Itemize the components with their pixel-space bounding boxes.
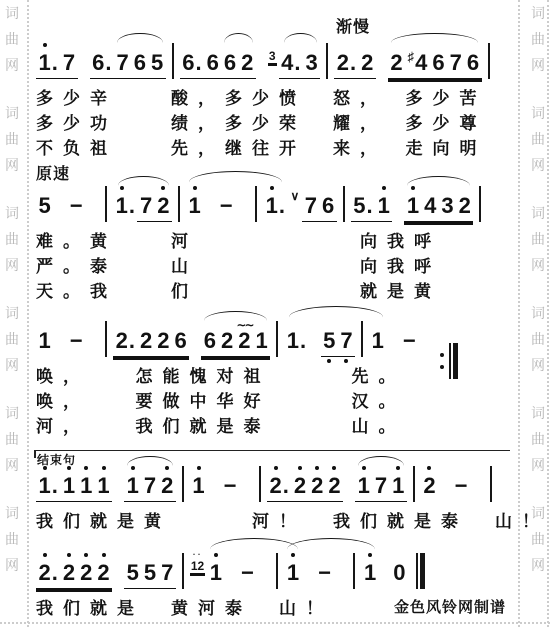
slur-arc	[287, 538, 374, 552]
duration-dash: −	[316, 561, 334, 585]
music-system: 2.222557˙˙121−1−10我们就是 黄河泰 山！金色风铃网制谱	[36, 540, 506, 621]
watermark-char: 网	[5, 454, 19, 480]
watermark-char: 词	[5, 502, 19, 528]
note-digit: −	[318, 561, 331, 585]
octave-dot-up	[84, 466, 88, 470]
note-token: 2	[60, 561, 77, 589]
lyrics-line: 河， 我们就是泰 山。	[36, 414, 506, 439]
note-digit: 5	[323, 329, 335, 353]
augmentation-dot: .	[279, 193, 285, 218]
barline	[105, 321, 107, 357]
grace-note: ˙˙12	[190, 555, 205, 574]
note-token: 1	[390, 474, 407, 502]
augmentation-dot: .	[294, 50, 300, 75]
note-digit: 7	[144, 474, 156, 498]
watermark-char: 曲	[531, 28, 545, 54]
augmentation-dot: .	[52, 50, 58, 75]
octave-dot-up	[102, 466, 106, 470]
note-digit: 6	[432, 51, 444, 75]
octave-dot-up	[67, 553, 71, 557]
watermark-char: 网	[531, 554, 545, 580]
octave-dot-up	[332, 466, 336, 470]
duration-dash: −	[238, 561, 256, 585]
note-digit: 2	[311, 474, 323, 498]
slur-arc	[407, 176, 469, 188]
note-token: 2∼∼	[236, 329, 253, 357]
note-token: 1.	[263, 194, 287, 218]
note-token: 2	[421, 474, 438, 498]
duration-dash: −	[67, 194, 85, 218]
note-token: 1	[60, 474, 77, 502]
note-token: 7	[60, 51, 77, 79]
octave-dot-down	[344, 359, 348, 363]
note-token: 1	[361, 561, 378, 585]
note-digit: 6	[467, 51, 479, 75]
note-token: 1.	[113, 194, 137, 218]
watermark-char: 网	[531, 54, 545, 80]
note-token: 1.	[36, 474, 60, 502]
barline	[361, 321, 363, 357]
octave-dot-up	[427, 466, 431, 470]
note-digit: 2	[390, 51, 402, 75]
slur-arc	[289, 306, 383, 320]
note-token: 7	[159, 561, 176, 589]
note-digit: 1	[116, 194, 128, 218]
watermark-char: 词	[5, 102, 19, 128]
slur-arc	[284, 33, 317, 45]
lyrics-line: 我们就是黄 河！ 我们就是泰 山！	[36, 509, 506, 534]
octave-dot-up	[43, 466, 47, 470]
repeat-dots	[440, 353, 444, 369]
music-system: 原速5−1.721−1.∨765.11432难。黄 河 向我呼严。泰 山 向我呼…	[36, 173, 506, 304]
lyrics-text: 唤， 要做中华好 汉。	[36, 389, 406, 414]
note-token: 2.	[36, 561, 60, 589]
augmentation-dot: .	[350, 50, 356, 75]
note-token: 1	[253, 329, 270, 357]
slur-arc	[118, 176, 169, 188]
watermark-char: 曲	[531, 128, 545, 154]
slur-arc	[391, 33, 477, 45]
note-digit: 6	[224, 51, 236, 75]
note-token: 3	[303, 51, 320, 79]
note-token: 4.	[279, 51, 303, 79]
watermark-gap	[531, 80, 545, 102]
notes-row: 1−2.226622∼∼11.571−	[36, 308, 506, 364]
note-digit: 1	[80, 474, 92, 498]
watermark-left: 词曲网词曲网词曲网词曲网词曲网词曲网	[5, 2, 19, 580]
note-token: 5	[36, 194, 53, 218]
note-digit: 2	[221, 329, 233, 353]
note-digit: 2	[328, 474, 340, 498]
watermark-gap	[5, 80, 19, 102]
octave-dot-up	[43, 43, 47, 47]
note-digit: 2	[157, 194, 169, 218]
watermark-char: 词	[531, 402, 545, 428]
note-token: 2.	[334, 51, 358, 79]
sheet-music-page: 词曲网词曲网词曲网词曲网词曲网词曲网 词曲网词曲网词曲网词曲网词曲网词曲网 渐慢…	[0, 0, 550, 627]
note-digit: 2	[140, 329, 152, 353]
note-digit: 2	[337, 51, 349, 75]
notes-row: 2.222557˙˙121−1−10	[36, 540, 506, 596]
note-digit: −	[241, 561, 254, 585]
lyrics-text: 多少辛 酸，多少愤 怒， 多少苦	[36, 86, 487, 111]
barline-thick	[420, 553, 425, 589]
lyrics-text: 难。黄 河 向我呼	[36, 229, 441, 254]
note-digit: 7	[63, 51, 75, 75]
note-token: 2.	[113, 329, 137, 357]
note-digit: 1	[97, 474, 109, 498]
note-digit: 3	[305, 51, 317, 75]
barline	[343, 186, 345, 222]
watermark-char: 曲	[5, 428, 19, 454]
note-digit: 1	[358, 474, 370, 498]
note-token: 7	[137, 194, 154, 222]
note-token: 5.	[351, 194, 375, 222]
barline	[182, 466, 184, 502]
note-token: 6	[221, 51, 238, 79]
note-digit: −	[455, 474, 468, 498]
watermark-char: 曲	[5, 28, 19, 54]
grace-digits: 12	[190, 560, 205, 574]
note-token: 2	[309, 474, 326, 502]
watermark-char: 曲	[5, 328, 19, 354]
barline	[488, 43, 490, 79]
note-token: 2	[326, 474, 343, 502]
note-token: 2	[137, 329, 154, 357]
lyrics-text: 我们就是 黄河泰 山！	[36, 596, 333, 621]
duration-dash: −	[67, 329, 85, 353]
lyrics-line: 多少辛 酸，多少愤 怒， 多少苦	[36, 86, 506, 111]
note-digit: 1	[392, 474, 404, 498]
notes-row: 1.76.7656.66234.32.22♯4676	[36, 30, 506, 86]
augmentation-dot: .	[300, 328, 306, 353]
lyrics-line: 天。我 们 就是黄	[36, 279, 506, 304]
barline	[353, 553, 355, 589]
octave-dot-up	[84, 553, 88, 557]
augmentation-dot: .	[129, 328, 135, 353]
note-digit: 2	[269, 474, 281, 498]
note-digit: 6	[322, 194, 334, 218]
octave-dot-up	[43, 553, 47, 557]
watermark-char: 曲	[5, 528, 19, 554]
note-token: 2	[95, 561, 112, 589]
note-digit: 7	[450, 51, 462, 75]
lyrics-line: 我们就是 黄河泰 山！金色风铃网制谱	[36, 596, 506, 621]
note-digit: 5	[127, 561, 139, 585]
barline	[255, 186, 257, 222]
slur-arc	[358, 456, 403, 468]
note-digit: 2	[39, 561, 51, 585]
note-digit: 3	[441, 194, 453, 218]
duration-dash: −	[400, 329, 418, 353]
watermark-char: 词	[531, 202, 545, 228]
note-token: 6.	[180, 51, 204, 79]
dotted-border-left	[27, 0, 29, 627]
grace-note: 3	[268, 50, 277, 64]
note-digit: 7	[340, 329, 352, 353]
note-token: ♯4	[405, 45, 430, 79]
note-token: 5	[141, 561, 158, 589]
note-digit: 1	[39, 51, 51, 75]
watermark-char: 网	[5, 54, 19, 80]
barline	[490, 466, 492, 502]
watermark-char: 词	[531, 2, 545, 28]
note-token: 2	[155, 194, 172, 222]
lyrics-text: 河， 我们就是泰 山。	[36, 414, 406, 439]
note-token: 2	[155, 329, 172, 357]
note-token: 6	[131, 51, 148, 79]
score: 渐慢1.76.7656.66234.32.22♯4676多少辛 酸，多少愤 怒，…	[36, 6, 506, 625]
watermark-char: 网	[5, 554, 19, 580]
note-token: 1	[78, 474, 95, 502]
barline	[259, 466, 261, 502]
lyrics-text: 严。泰 山 向我呼	[36, 254, 441, 279]
watermark-gap	[5, 480, 19, 502]
augmentation-dot: .	[367, 193, 373, 218]
final-barline	[416, 553, 426, 589]
grace-digits: 3	[268, 50, 277, 64]
barline-thick	[453, 343, 458, 379]
octave-dot-up	[274, 466, 278, 470]
note-token: 7	[141, 474, 158, 502]
lyrics-text: 我们就是黄 河！ 我们就是泰 山！	[36, 509, 549, 534]
note-token: 2	[359, 51, 376, 79]
note-token: 1	[186, 194, 203, 218]
note-digit: 1	[63, 474, 75, 498]
note-token: 6	[204, 51, 221, 79]
credit-text: 金色风铃网制谱	[394, 596, 506, 621]
note-digit: −	[220, 194, 233, 218]
note-token: 5	[124, 561, 141, 589]
lyrics-line: 严。泰 山 向我呼	[36, 254, 506, 279]
note-token: 0	[391, 561, 408, 585]
note-token: 6	[464, 51, 481, 79]
note-digit: 5	[353, 194, 365, 218]
note-digit: 7	[117, 51, 129, 75]
octave-dot-up	[382, 186, 386, 190]
note-digit: 1	[287, 561, 299, 585]
slur-arc	[189, 171, 282, 185]
note-token: 2.	[267, 474, 291, 502]
note-token: 1	[284, 561, 301, 585]
barline	[105, 186, 107, 222]
augmentation-dot: .	[52, 560, 58, 585]
note-token: 1	[355, 474, 372, 502]
barline	[276, 321, 278, 357]
watermark-char: 网	[531, 454, 545, 480]
note-digit: 5	[151, 51, 163, 75]
note-digit: −	[70, 329, 83, 353]
slur-arc	[117, 33, 162, 45]
barline	[413, 466, 415, 502]
note-digit: 1	[39, 329, 51, 353]
note-token: 7	[114, 51, 131, 79]
octave-dot-up	[270, 186, 274, 190]
note-digit: 1	[39, 474, 51, 498]
note-token: 6	[172, 329, 189, 357]
note-token: 6	[430, 51, 447, 79]
note-token: 7	[338, 329, 355, 357]
watermark-char: 曲	[531, 328, 545, 354]
watermark-char: 网	[531, 354, 545, 380]
octave-dot-up	[214, 553, 218, 557]
note-token: 2	[456, 194, 473, 222]
note-token: 1	[190, 474, 207, 498]
duration-dash: −	[452, 474, 470, 498]
note-digit: 1	[255, 329, 267, 353]
watermark-char: 网	[5, 354, 19, 380]
note-digit: 6	[204, 329, 216, 353]
repeat-dot	[440, 365, 444, 369]
lyrics-text: 不负祖 先，继往开 来， 走向明	[36, 136, 487, 161]
note-digit: 2	[294, 474, 306, 498]
note-token: 1	[207, 561, 224, 585]
watermark-char: 网	[5, 254, 19, 280]
note-digit: 2	[423, 474, 435, 498]
barline-thin	[416, 553, 418, 589]
note-digit: 7	[140, 194, 152, 218]
music-system: 结束句1.1111721−2.2221712−我们就是黄 河！ 我们就是泰 山！	[36, 453, 506, 534]
watermark-char: 网	[531, 154, 545, 180]
note-digit: 7	[305, 194, 317, 218]
barline	[479, 186, 481, 222]
note-digit: 1	[364, 561, 376, 585]
note-digit: 1	[188, 194, 200, 218]
barline-thin	[449, 343, 451, 379]
note-token: 7	[302, 194, 319, 222]
repeat-barline	[440, 343, 458, 379]
note-token: 2	[388, 51, 405, 79]
note-token: 3	[439, 194, 456, 222]
note-digit: 4	[281, 51, 293, 75]
lyrics-line: 唤， 要做中华好 汉。	[36, 389, 506, 414]
note-digit: 1	[407, 194, 419, 218]
note-token: 1	[375, 194, 392, 222]
note-digit: 6	[182, 51, 194, 75]
barline	[182, 553, 184, 589]
note-digit: 1	[372, 329, 384, 353]
watermark-gap	[531, 280, 545, 302]
watermark-char: 词	[5, 2, 19, 28]
note-digit: 2	[80, 561, 92, 585]
notes-row: 5−1.721−1.∨765.11432	[36, 173, 506, 229]
watermark-gap	[531, 380, 545, 402]
music-system: 1−2.226622∼∼11.571−唤， 怎能愧对祖 先。唤， 要做中华好 汉…	[36, 308, 506, 439]
octave-dot-down	[327, 359, 331, 363]
note-digit: 1	[210, 561, 222, 585]
lyrics-text: 多少功 绩，多少荣 耀， 多少尊	[36, 111, 487, 136]
note-token: 6	[320, 194, 337, 222]
octave-dot-up	[197, 466, 201, 470]
note-digit: 1	[127, 474, 139, 498]
watermark-gap	[531, 480, 545, 502]
music-system: 渐慢1.76.7656.66234.32.22♯4676多少辛 酸，多少愤 怒，…	[36, 30, 506, 161]
duration-dash: −	[217, 194, 235, 218]
note-digit: 1	[192, 474, 204, 498]
note-digit: 1	[378, 194, 390, 218]
augmentation-dot: .	[196, 50, 202, 75]
watermark-char: 曲	[531, 228, 545, 254]
sharp-icon: ♯	[408, 49, 415, 64]
watermark-gap	[531, 180, 545, 202]
note-digit: 2∼∼	[238, 329, 250, 353]
note-token: 4	[422, 194, 439, 222]
note-token: 2	[218, 329, 235, 357]
octave-dot-up	[67, 466, 71, 470]
watermark-char: 网	[531, 254, 545, 280]
note-digit: 2	[241, 51, 253, 75]
note-digit: 4	[415, 51, 427, 75]
watermark-right: 词曲网词曲网词曲网词曲网词曲网词曲网	[531, 2, 545, 580]
slur-arc	[127, 456, 172, 468]
note-token: 1	[95, 474, 112, 502]
note-digit: 2	[97, 561, 109, 585]
watermark-char: 词	[5, 302, 19, 328]
note-digit: 4	[424, 194, 436, 218]
note-token: 1	[404, 194, 421, 222]
barline	[172, 43, 174, 79]
octave-dot-up	[315, 466, 319, 470]
note-digit: 2	[361, 51, 373, 75]
octave-dot-up	[193, 186, 197, 190]
barline	[276, 553, 278, 589]
watermark-char: 网	[5, 154, 19, 180]
note-token: 2	[159, 474, 176, 502]
note-token: 1.	[36, 51, 60, 79]
note-digit: −	[70, 194, 83, 218]
barline	[326, 43, 328, 79]
note-token: 7	[447, 51, 464, 79]
slur-arc	[210, 538, 297, 552]
watermark-char: 曲	[531, 428, 545, 454]
note-digit: 6	[134, 51, 146, 75]
note-token: 1	[369, 329, 386, 353]
note-token: 2	[239, 51, 256, 79]
augmentation-dot: .	[105, 50, 111, 75]
note-digit: 7	[161, 561, 173, 585]
note-token: 2	[291, 474, 308, 502]
note-digit: 0	[393, 561, 405, 585]
note-token: 2	[78, 561, 95, 589]
note-token: 6	[201, 329, 218, 357]
lyrics-line: 难。黄 河 向我呼	[36, 229, 506, 254]
watermark-char: 词	[5, 402, 19, 428]
watermark-char: 曲	[5, 128, 19, 154]
augmentation-dot: .	[52, 473, 58, 498]
barline	[178, 186, 180, 222]
note-token: 5	[321, 329, 338, 357]
note-digit: 6	[174, 329, 186, 353]
note-token: 1.	[284, 329, 308, 353]
octave-dot-up	[368, 553, 372, 557]
watermark-char: 曲	[5, 228, 19, 254]
note-digit: 7	[375, 474, 387, 498]
note-token: 7	[372, 474, 389, 502]
note-digit: −	[224, 474, 237, 498]
octave-dot-up	[291, 553, 295, 557]
breath-mark-icon: ∨	[290, 189, 299, 203]
repeat-dot	[440, 353, 444, 357]
watermark-char: 词	[531, 302, 545, 328]
slur-arc	[204, 311, 266, 323]
duration-dash: −	[221, 474, 239, 498]
notes-row: 1.1111721−2.2221712−	[36, 453, 506, 509]
augmentation-dot: .	[283, 473, 289, 498]
watermark-gap	[5, 380, 19, 402]
note-token: 5	[149, 51, 166, 79]
note-token: 1	[36, 329, 53, 353]
slur-arc	[224, 33, 252, 45]
